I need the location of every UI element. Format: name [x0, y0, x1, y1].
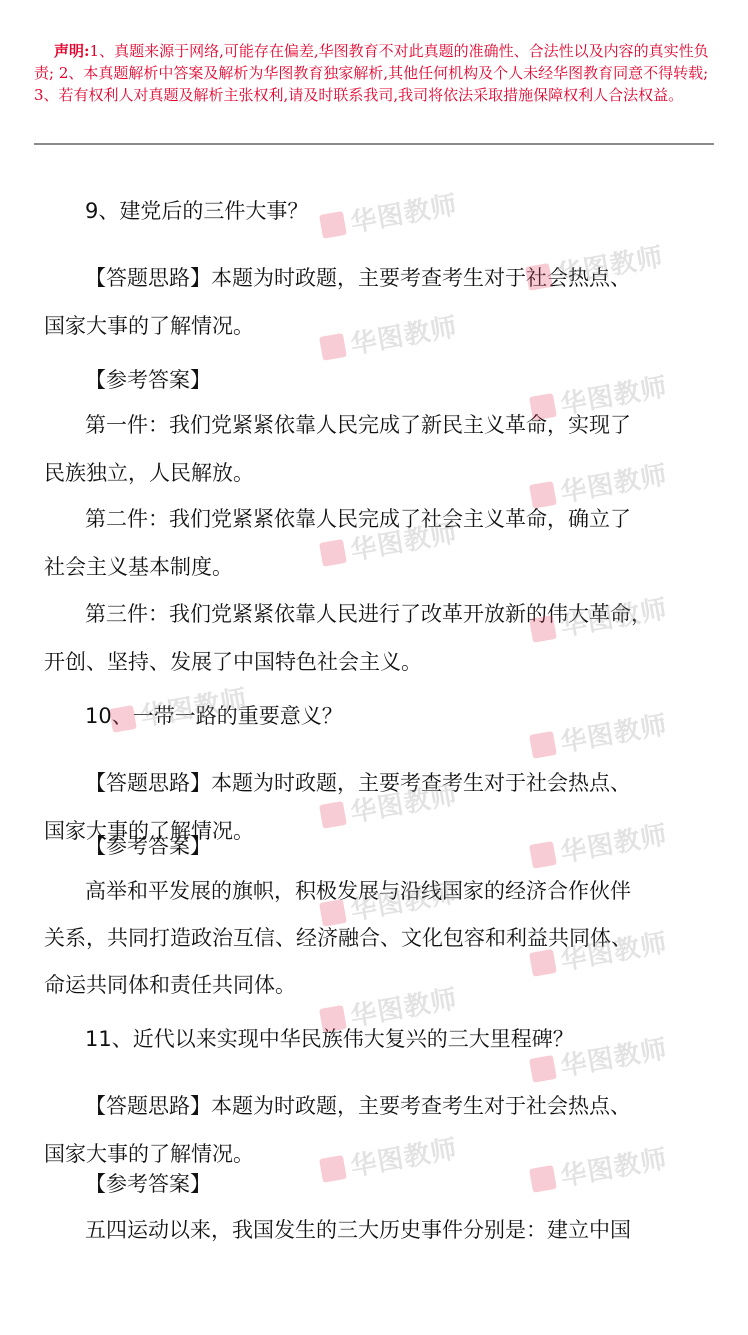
text-line: 【参考答案】 — [85, 1170, 211, 1198]
disclaimer-lead: 声明: — [34, 42, 90, 60]
text-line: 11、近代以来实现中华民族伟大复兴的三大里程碑？ — [85, 1025, 574, 1053]
text-line: 第三件：我们党紧紧依靠人民进行了改革开放新的伟大革命， — [85, 600, 652, 628]
divider — [34, 143, 714, 145]
watermark-logo-icon: 华图教师 — [318, 306, 460, 366]
text-line: 第一件：我们党紧紧依靠人民完成了新民主义革命，实现了 — [85, 411, 631, 439]
text-line: 9、建党后的三件大事？ — [85, 197, 308, 225]
text-line: 开创、坚持、发展了中国特色社会主义。 — [44, 648, 422, 676]
text-line: 命运共同体和责任共同体。 — [44, 971, 296, 999]
watermark-logo-icon: 华图教师 — [528, 814, 670, 874]
text-line: 关系，共同打造政治互信、经济融合、文化包容和利益共同体、 — [44, 924, 632, 952]
text-line: 【参考答案】 — [85, 366, 211, 394]
disclaimer-text: 1、真题来源于网络,可能存在偏差,华图教育不对此真题的准确性、合法性以及内容的真… — [34, 42, 709, 104]
text-line: 【参考答案】 — [85, 832, 211, 860]
text-line: 社会主义基本制度。 — [44, 553, 233, 581]
text-line: 【答题思路】本题为时政题，主要考查考生对于社会热点、 — [85, 264, 631, 292]
text-line: 民族独立，人民解放。 — [44, 459, 254, 487]
text-line: 【答题思路】本题为时政题，主要考查考生对于社会热点、 — [85, 769, 631, 797]
text-line: 国家大事的了解情况。 — [44, 312, 254, 340]
text-line: 10、一带一路的重要意义？ — [85, 702, 343, 730]
text-line: 国家大事的了解情况。 — [44, 1140, 254, 1168]
text-line: 第二件：我们党紧紧依靠人民完成了社会主义革命，确立了 — [85, 505, 631, 533]
watermark-logo-icon: 华图教师 — [318, 1128, 460, 1188]
watermark-logo-icon: 华图教师 — [528, 1138, 670, 1198]
watermark-logo-icon: 华图教师 — [528, 704, 670, 764]
text-line: 【答题思路】本题为时政题，主要考查考生对于社会热点、 — [85, 1092, 631, 1120]
text-line: 五四运动以来，我国发生的三大历史事件分别是：建立中国 — [85, 1216, 631, 1244]
text-line: 高举和平发展的旗帜，积极发展与沿线国家的经济合作伙伴 — [85, 877, 631, 905]
watermark-logo-icon: 华图教师 — [318, 184, 460, 244]
disclaimer: 声明:1、真题来源于网络,可能存在偏差,华图教育不对此真题的准确性、合法性以及内… — [34, 40, 714, 106]
